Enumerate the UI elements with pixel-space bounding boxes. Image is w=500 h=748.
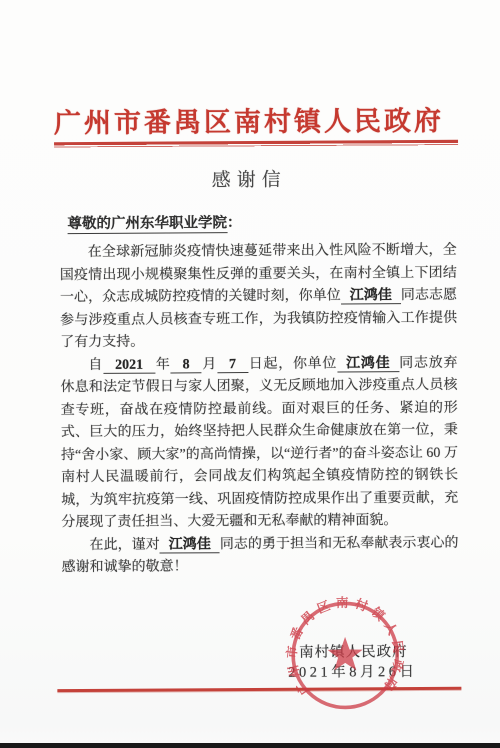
salutation-colon: ： [227,215,242,231]
p2-month-unit: 月 [202,357,218,372]
salutation-text: 尊敬的广州东华职业学院 [67,215,227,234]
letterhead-rule [54,140,458,148]
p2-text-after: 同志放弃休息和法定节假日与家人团聚，义无反顾地加入涉疫重点人员核查专班，奋战在疫… [60,355,458,530]
p2-year-unit: 年 [155,357,171,372]
official-seal: 广州市番禺区南村镇人民政府 [274,584,417,727]
seal-star-icon [327,637,362,671]
p3-text-before: 在此，谨对 [89,537,159,552]
paragraph-1: 在全球新冠肺炎疫情快速蔓延带来出入性风险不断增大，全国疫情出现小规模聚集性反弹的… [60,240,458,355]
p2-month-blank: 8 [171,357,202,373]
p2-day-suffix: 日起，你单位 [248,356,337,372]
p2-name-blank: 江鸿佳 [337,356,399,372]
letter-body: 在全球新冠肺炎疫情快速蔓延带来出入性风险不断增大，全国疫情出现小规模聚集性反弹的… [60,240,459,580]
scanned-letter-photo: 广州市番禺区南村镇人民政府 感谢信 尊敬的广州东华职业学院： 在全球新冠肺炎疫情… [0,0,500,748]
p2-day-blank: 7 [217,357,248,373]
letter-title: 感谢信 [0,163,499,193]
paragraph-3: 在此，谨对江鸿佳同志的勇于担当和无私奉献表示衷心的感谢和诚挚的敬意！ [61,532,458,579]
photo-bottom-edge [0,743,500,748]
letterhead-org-title: 广州市番禺区南村镇人民政府 [0,98,499,140]
p2-year-blank: 2021 [103,357,155,373]
p3-name-blank: 江鸿佳 [160,537,220,553]
paragraph-2: 自2021年8月7日起，你单位江鸿佳同志放弃休息和法定节假日与家人团聚，义无反顾… [60,352,458,534]
p1-name-blank: 江鸿佳 [341,288,401,304]
salutation: 尊敬的广州东华职业学院： [67,211,241,233]
letter-page: 广州市番禺区南村镇人民政府 感谢信 尊敬的广州东华职业学院： 在全球新冠肺炎疫情… [0,0,500,748]
p2-prefix: 自 [88,357,103,372]
